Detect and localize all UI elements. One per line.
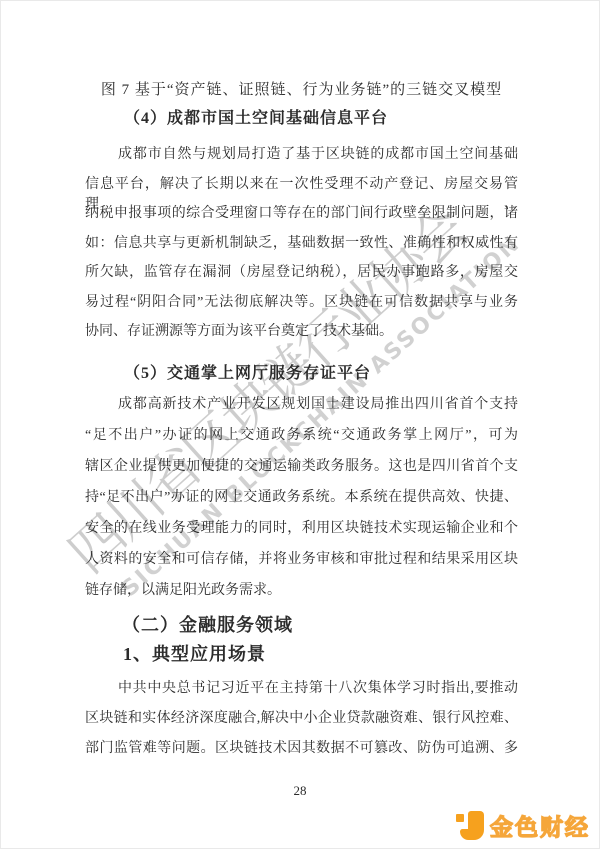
page-number: 28 — [0, 783, 600, 799]
body-line: 易过程“阴阳合同”无法彻底解决等。区块链在可信数据共享与业务 — [85, 293, 518, 313]
body-line: 协同、存证溯源等方面为该平台奠定了技术基础。 — [85, 322, 518, 342]
body-line: 部门监管难等问题。区块链技术因其数据不可篡改、防伪可追溯、多 — [85, 739, 518, 759]
figure-caption: 图 7 基于“资产链、证照链、行为业务链”的三链交叉模型 — [85, 80, 518, 100]
watermark-english-text: SICHUAN BLOCKCHAIN ASSOCIATION — [117, 231, 526, 603]
jinse-logo-icon — [456, 811, 484, 840]
body-line: 如：信息共享与更新机制缺乏，基础数据一致性、准确性和权威性有 — [85, 234, 518, 254]
body-line: 成都市自然与规划局打造了基于区块链的成都市国土空间基础 — [85, 145, 518, 165]
body-line: 链存储，以满足阳光政务需求。 — [85, 581, 518, 601]
body-line: 辖区企业提供更加便捷的交通运输类政务服务。这也是四川省首个支 — [85, 457, 518, 477]
body-line: 中共中央总书记习近平在主持第十八次集体学习时指出,要推动 — [85, 679, 518, 699]
body-line: 成都高新技术产业开发区规划国土建设局推出四川省首个支持 — [85, 395, 518, 415]
jinse-logo-text: 金色财经 — [490, 809, 590, 842]
document-page: 四川省区块链行业协会 SICHUAN BLOCKCHAIN ASSOCIATIO… — [0, 0, 600, 849]
heading-section-4: （4）成都市国土空间基础信息平台 — [85, 108, 518, 129]
body-line: “足不出户”办证的网上交通政务系统“交通政务掌上网厅”，可为 — [85, 426, 518, 446]
heading-section-5: （5）交通掌上网厅服务存证平台 — [85, 363, 518, 384]
body-line: 区块链和实体经济深度融合,解决中小企业贷款融资难、银行风控难、 — [85, 709, 518, 729]
body-line: 持“足不出户”办证的网上交通政务系统。本系统在提供高效、快捷、 — [85, 488, 518, 508]
heading-finance-section: （二）金融服务领域 — [85, 614, 518, 637]
body-line: 纳税申报事项的综合受理窗口等存在的部门间行政壁垒限制问题，诸 — [85, 204, 518, 224]
heading-typical-scenarios: 1、典型应用场景 — [85, 643, 518, 666]
jinse-finance-logo: 金色财经 — [456, 809, 590, 842]
body-line: 安全的在线业务受理能力的同时，利用区块链技术实现运输企业和个 — [85, 519, 518, 539]
body-line: 人资料的安全和可信存储，并将业务审核和审批过程和结果采用区块 — [85, 550, 518, 570]
body-line: 所欠缺，监管存在漏洞（房屋登记纳税），居民办事跑路多，房屋交 — [85, 263, 518, 283]
